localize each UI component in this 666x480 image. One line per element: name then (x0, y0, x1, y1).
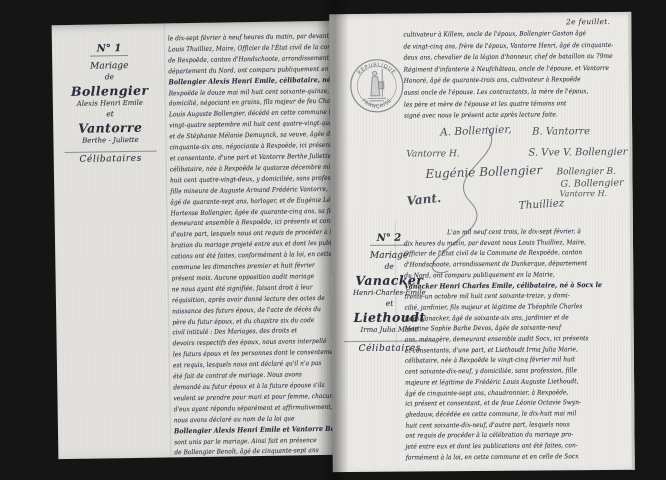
signature-vant-paraph: Vant. (406, 191, 442, 208)
seal-marianne-figure (368, 69, 386, 101)
act1-groom-given-names: Alexis Henri Emile (59, 99, 161, 109)
act1-groom-surname: Bollengier (59, 83, 161, 100)
signature-mayor-thuilliez: Thuilliez (518, 197, 564, 212)
signature-a-bollengier: A. Bollengier, (440, 124, 512, 139)
signature-vantorre-h2: Vantorre H. (560, 189, 608, 198)
act1-margin-de: de (58, 72, 160, 83)
act1-margin-annotation: N° 1 Mariage de Bollengier Alexis Henri … (58, 36, 162, 166)
handwritten-line: signé avec nous le présent acte après le… (404, 109, 602, 122)
margin-underline-rule (65, 151, 157, 153)
act2-number: N° 2 (370, 233, 409, 246)
register-right-page: 2e feuillet. RÉPUBLIQUE FRANÇAISE (329, 12, 635, 472)
signature-b-vantorre: B. Vantorre (532, 126, 590, 137)
register-left-page: N° 1 Mariage de Bollengier Alexis Henri … (52, 21, 337, 459)
folio-label: 2e feuillet. (566, 17, 610, 26)
signature-bollengier-b: Bollengier B. (556, 167, 616, 177)
signature-vantorre-h: Vantorre H. (406, 149, 459, 159)
act1-right-text-column: cultivateur à Killem, oncle de l'époux, … (403, 28, 624, 122)
signature-eugenie-bollengier: Eugénie Bollengier (425, 163, 542, 181)
act1-margin-et: et (59, 109, 161, 120)
act1-number: N° 1 (90, 43, 129, 57)
act1-bride-surname: Vantorre (59, 120, 161, 137)
signature-g-bollengier: G. Bollengier (560, 177, 623, 190)
act1-status-celibataires: Célibataires (60, 153, 162, 165)
act1-margin-title: Mariage (58, 61, 160, 73)
scanned-register-spread: N° 1 Mariage de Bollengier Alexis Henri … (0, 0, 666, 480)
act1-bride-given-names: Berthe - Juliette (59, 135, 161, 145)
act2-text-column: L'an mil neuf cent trois, le dix-sept fé… (404, 226, 628, 463)
svg-text:FRANÇAISE: FRANÇAISE (360, 98, 393, 110)
handwritten-line: formément à la loi, en cette commune et … (406, 451, 606, 463)
handwritten-line: de Bollengier Benoît, âgé de cinquante-s… (174, 446, 318, 459)
seal-text-bottom: FRANÇAISE (360, 98, 393, 110)
signature-vve-bollengier: S. Vve V. Bollengier (528, 147, 627, 159)
republique-francaise-seal-icon: RÉPUBLIQUE FRANÇAISE (349, 58, 405, 114)
act1-left-text-column: le dix-sept février à neuf heures du mat… (168, 31, 335, 459)
